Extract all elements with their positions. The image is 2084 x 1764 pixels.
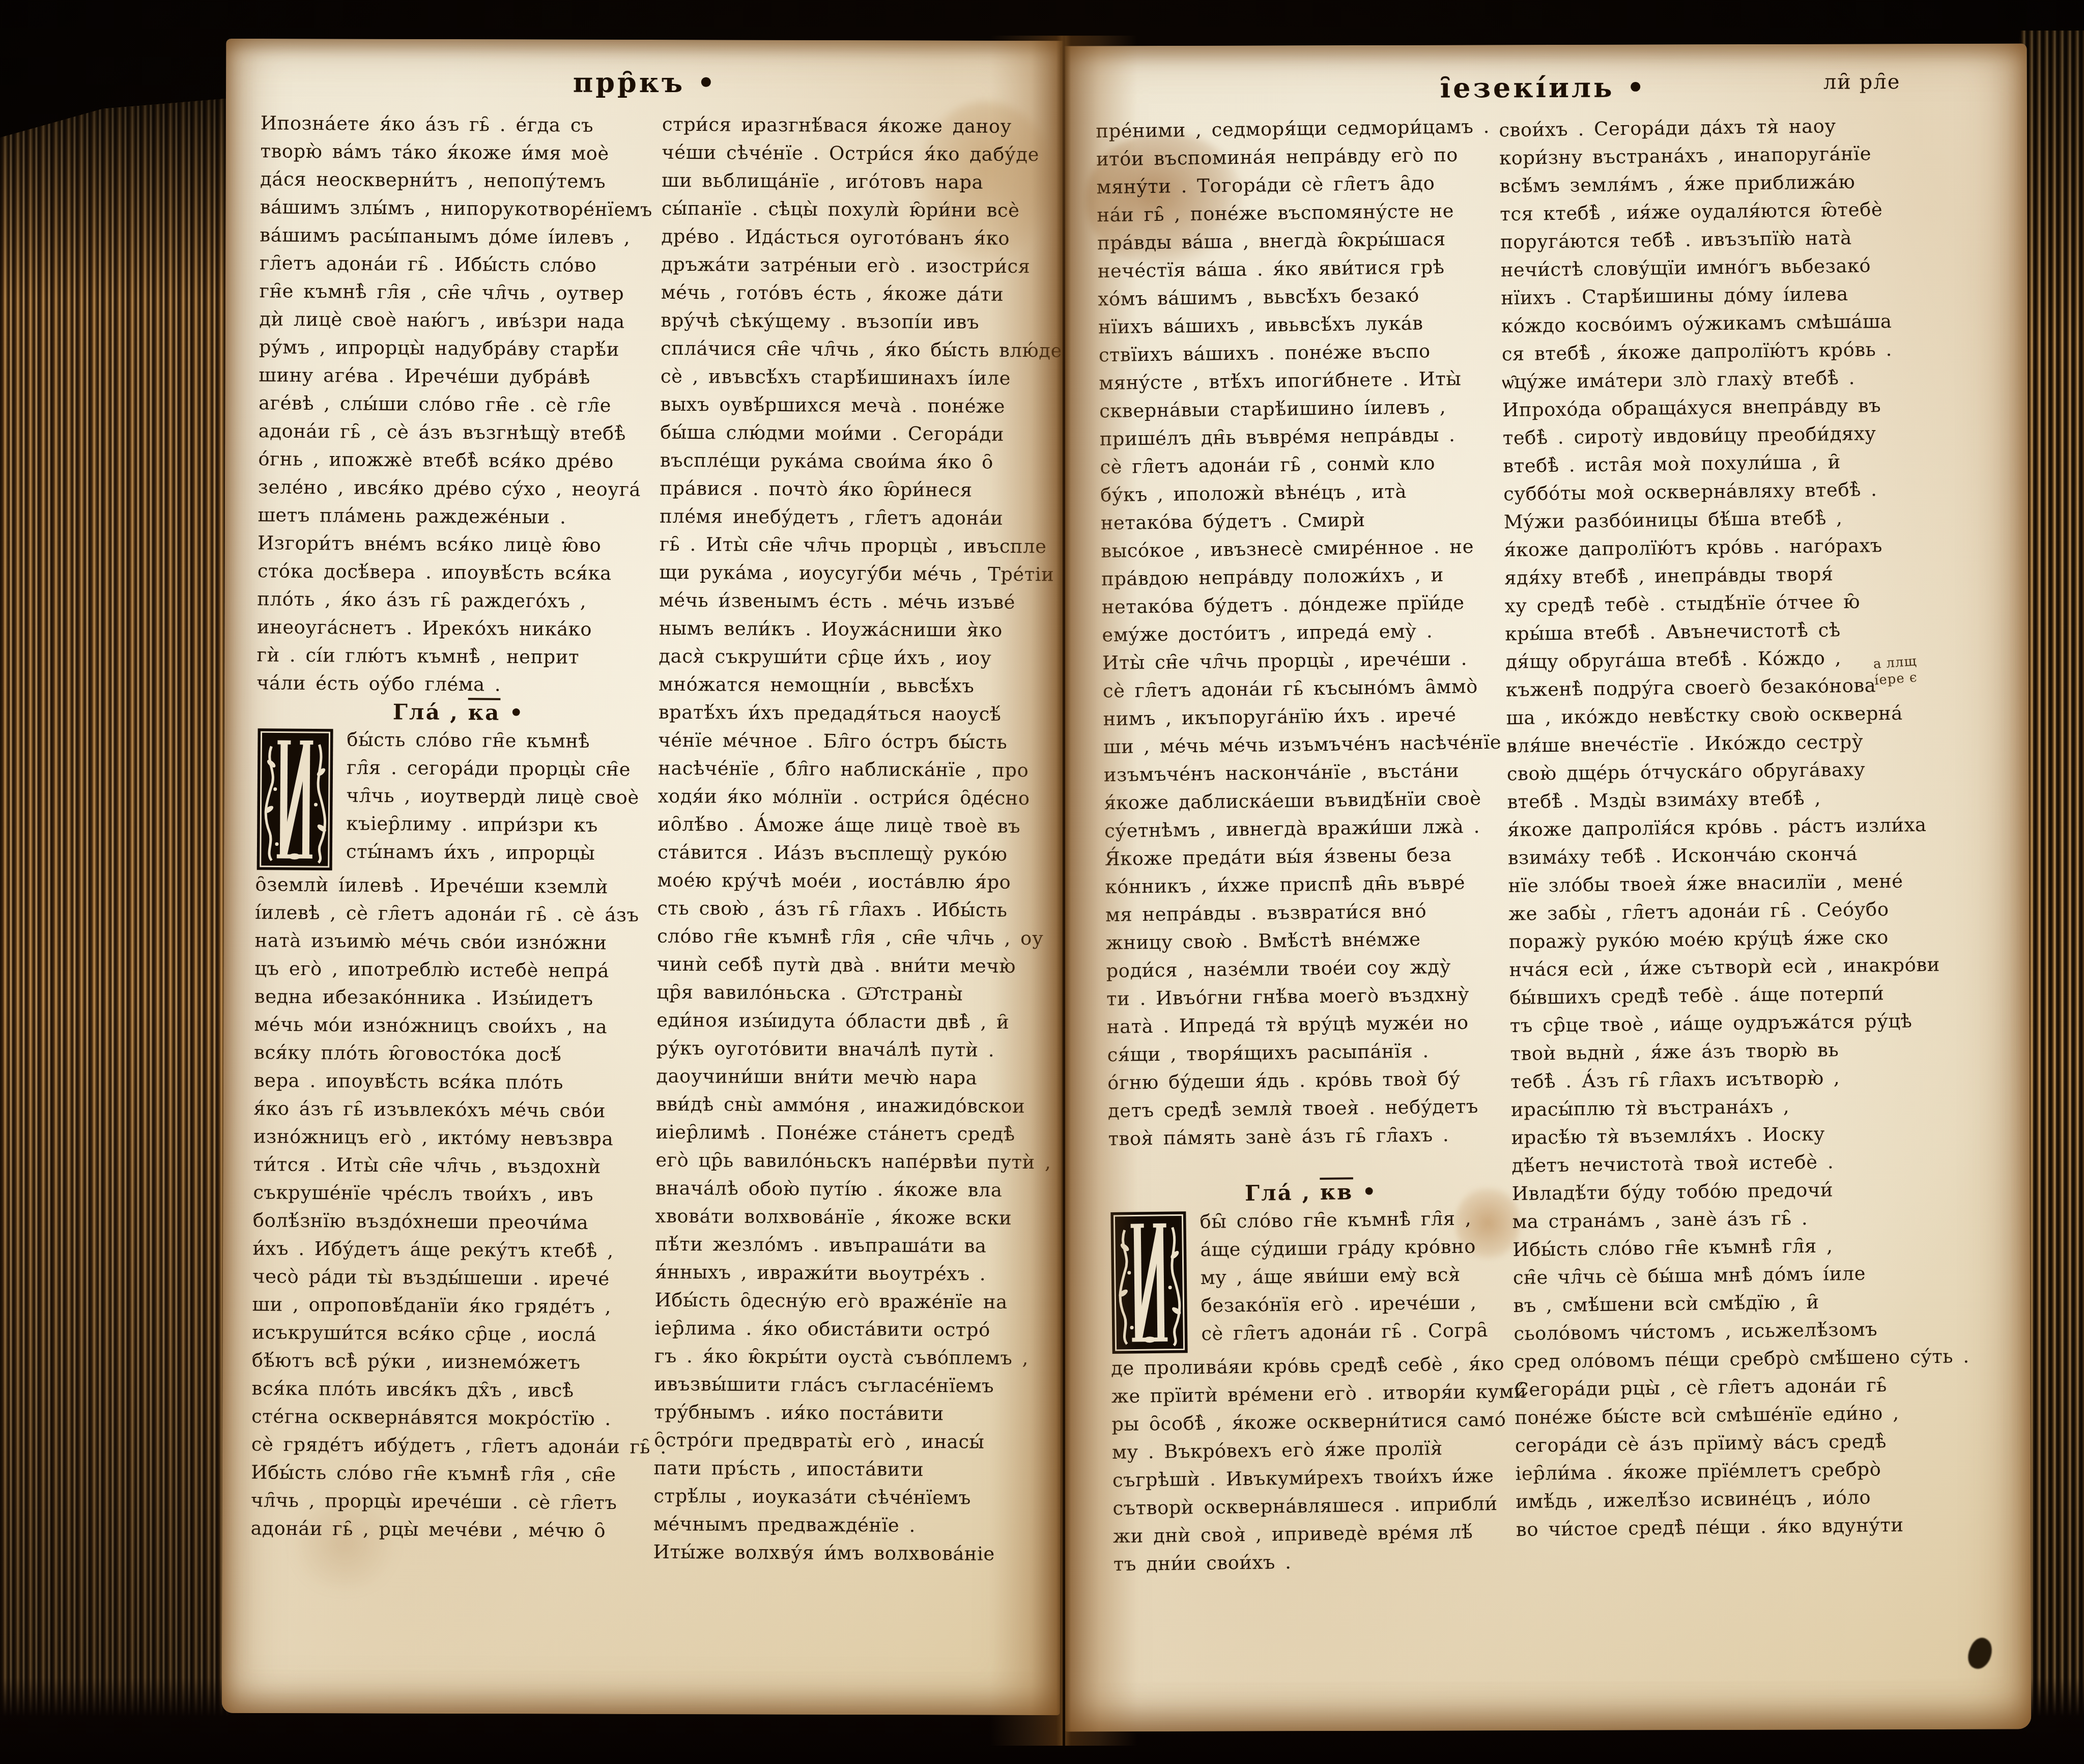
text-line: шину аге́ва . Ирече́ши дубра́вѣ [259,361,663,392]
text-line: выхъ оувѣ́ршихся меча̀ . поне́же [660,390,1065,421]
text-line: инеоуга́снетъ . Иреко́хъ ника́ко [257,613,662,644]
text-line: ходя́и я́ко мо́лнїи . остри́ся о̑де́сно [658,782,1063,813]
text-line: Сегора́ди рцы̀ , сѐ гл̑етъ адона́и гь̑ [1514,1371,1919,1404]
text-line: мя непра́вды . възврати́ся вно́ [1105,896,1510,929]
text-line: ирасы́плю тя̀ въстрана́хъ , [1511,1091,1916,1124]
text-line: ста́вится . Иа́зъ въсплещу̀ руко́ю [658,838,1062,869]
text-line: съкруше́нїе чре́слъ твои́хъ , ивъ [253,1178,658,1209]
text-line: пра́вися . почто̀ я́ко ю̑ри́неся [660,474,1064,505]
text-line: ему́же досто́итъ , ипреда́ ему̀ . [1102,616,1507,649]
text-line: пра́вдою непра́вду положи́хъ , и [1101,560,1506,593]
text-line: спла́чися сн̑е чл̑чь , я́ко бы́сть влю́д… [661,334,1065,365]
left-page: прр̑къ • Ипозна́ете я́ко а́зъ гь̑ . е́гд… [222,39,1065,1715]
text-line: Ипрохо́да обраща́хуся внепра́вду въ [1502,391,1907,424]
text-line: тебѣ̀ . А́зъ гь̑ гл̑ахъ исътворю̀ , [1510,1063,1916,1096]
text-line: взима́ху тебѣ̀ . Исконча́ю сконча́ [1508,839,1913,872]
text-line: болѣ́знїю въздо́хнеши преочи́ма [253,1206,658,1237]
text-line: бы́вшихъ средѣ̀ тебѐ . а́ще потерпи́ [1509,979,1915,1012]
text-line: ху средѣ̀ тебѐ . стыдѣ́нїе о́тчее ю̑ [1504,587,1909,620]
text-line: въспле́щи рука́ма свои́ма я́ко о̑ [660,446,1065,477]
text-line: прише́лъ дн̑ь въвре́мя непра́вды . [1099,420,1504,453]
text-line: бѣ́ютъ всѣ̀ ру́ки , иизнемо́жетъ [252,1346,656,1377]
right-page: і̑езекі́иль • ли̑ рл̑е а ллщ і́ере є пре… [1060,44,2032,1732]
text-line: тебѣ̀ . сироту̀ ивдови́цу преоби́дяху [1502,419,1907,452]
text-line: чл̑чь , прорцы̀ ирече́ши . сѐ гл̑етъ [251,1486,655,1517]
text-line: твоѝ вьднѝ , я́же а́зъ творю̀ вь [1510,1035,1915,1068]
text-line: вля́ше внече́стїе . Ико́ждо сестру̀ [1506,727,1911,760]
text-line: я́коже дапролїю́тъ кро́вь . наго́рахъ [1504,531,1909,564]
text-line: чинѝ себѣ̀ путѝ два̀ . вни́ти мечю̀ [657,950,1062,981]
text-line: ры о̑собѣ̀ , я́коже оскверни́тися само́ [1111,1405,1517,1438]
text-line: твоя̀ па́мять занѐ а́зъ гь̑ гл̑ахъ . [1108,1120,1513,1153]
text-line: стри́ся иразгнѣ́вася я́коже даноу [662,110,1067,141]
text-line: же забы̀ , гл̑етъ адона́и гь̑ . Сео́убо [1508,895,1914,928]
text-line: поне́же бы́сте всѝ смѣше́нїе еди́но , [1515,1399,1920,1432]
text-block-beside-initial: бы̑ сло́во гн̑е къмнѣ̀ гл̑я ,а́ще су́диш… [1200,1204,1488,1348]
text-line: ито́и въспомина́я непра́вду его̀ по [1096,140,1501,174]
text-line: втебѣ̀ . Мзды̀ взима́ху втебѣ̀ , [1507,783,1912,816]
text-line: ко́нникъ , и́хже приспѣ̀ дн̑ь въвре́ [1105,868,1510,901]
text-line: и́хъ . Ибу́детъ а́ще реку́тъ ктебѣ̀ , [252,1234,657,1265]
text-line: вся́ка пло́ть ився́къ дх̑ъ , ивсѣ̀ [251,1374,656,1405]
text-line: вру́чѣ сѣку́щему . възопі́и ивъ [661,306,1065,337]
text-line: че́ши сѣче́нїе . Остри́ся я́ко дабу́де [662,138,1066,169]
text-line: вви́дѣ сны̀ аммо́ня , инажидо́вскои [656,1090,1061,1121]
text-line: хо́мъ ва́шимъ , вьвсѣ́хъ безако́ [1098,280,1503,314]
text-line: высо́кое , ивъзнесѐ смире́нное . не [1101,532,1506,565]
text-line: і́илевѣ , сѐ гл̑етъ адона́и гь̑ . сѐ а́з… [255,898,660,929]
text-line: бы́сть сло́во гн̑е къмнѣ̀ [347,726,639,756]
text-line: Ипозна́ете я́ко а́зъ гь̑ . е́гда съ [261,109,665,140]
text-line: кори́зну въстрана́хъ , инапоруга́нїе [1499,139,1904,173]
text-line: дя́щу обруга́ша втебѣ̀ . Ко́ждо , [1505,643,1910,676]
text-line: цр̑я вавило́ньска . Ѡ̑тстраны̀ [656,978,1061,1009]
text-line: вся́ку пло́ть ю̑говосто́ка досѣ́ [254,1038,659,1069]
text-line: ши , ме́чь ме́чь изъмъче́нъ насѣче́нїе , [1103,728,1508,761]
text-line: Иты̀ сн̑е чл̑чь прорцы̀ , ирече́ши . [1102,644,1507,677]
text-line: ша , ико́ждо невѣ́стку свою̀ оскверна́ [1506,699,1911,732]
text-line: я́нныхъ , ивражи́ти вьоутре́хъ . [655,1258,1060,1289]
text-line: творю̀ ва́мъ та́ко я́коже и́мя моѐ [260,137,665,168]
text-line: ирасѣ́ю тя̀ въземля́хъ . Иоску [1511,1119,1916,1152]
text-line: ши , опроповѣ́данїи я́ко гряде́тъ , [252,1290,657,1321]
text-line: о́гню бу́деши я́дь . кро́вь твоя̀ бу́ [1107,1064,1512,1097]
text-line: ведна ибезако́нника . Изы́идетъ [254,982,659,1013]
text-line: нече́стїя ва́ша . я́ко яви́тися грѣ [1097,252,1502,286]
text-line: дръжа́ти затре́ныи его̀ . изостри́ся [661,250,1066,281]
text-line: роди́ся , назе́мли твое́и соу жду̀ [1106,952,1511,985]
text-line: пре́ними , седморя́щи седмори́цамъ . [1096,112,1501,146]
text-line: ся́щи , творя́щихъ расыпа́нїя . [1107,1036,1512,1069]
text-line: че́нїе ме́чное . Бл̑го о́стръ бы́сть [658,726,1063,757]
text-block: о̑землѝ і́илевѣ . Ирече́ши кземлѝі́илевѣ… [250,870,660,1545]
text-line: ѡ̑цу́же има́тери зло̀ глаху̀ втебѣ̀ . [1502,363,1907,396]
folio-value: рл̑е [1860,70,1901,94]
text-line: нїихъ ва́шихъ , ивьвсѣ́хъ лука́в [1098,308,1503,342]
text-line: ру́къ оугото́вити внача́лѣ путѝ . [656,1034,1061,1065]
text-line: тъ ср̑це твоѐ , иа́ще оудръжа́тся ру́цѣ [1510,1007,1915,1040]
chapter-dot: • [1362,1179,1378,1204]
text-line: іер̑ли́ма . я́коже прїе́млетъ сребро̀ [1515,1455,1920,1488]
text-line: ме́чь и́звенымъ е́сть . ме́чь изъве́ [659,586,1064,617]
text-line: ти́тся . Иты̀ сн̑е чл̑чь , въздохнѝ [253,1150,658,1181]
text-line: ядя́ху втебѣ̀ , инепра́вды творя́ [1504,559,1909,592]
text-line: іер̑лима . я́ко обиста́вити остро́ [654,1314,1059,1345]
text-line: нча́ся есѝ , и́же сътворѝ есѝ , инакро́в… [1509,951,1914,984]
text-line: иіер̑лимѣ . Поне́же ста́нетъ средѣ̀ [656,1118,1061,1149]
text-line: ру́мъ , ипрорцы̀ надубра́ву старѣ́и [259,333,664,364]
text-line: бы́ша слю́дми мои́ми . Сегора́ди [660,418,1065,449]
text-line: въ , смѣ́шени всѝ смѣ́дїю , и̑ [1513,1287,1918,1320]
text-line: нїе зло́бы твоея̀ я́же внасилїи , мене́ [1508,867,1913,900]
text-line: тру́бнымъ . ия́ко поста́вити [654,1398,1059,1429]
text-line: изъмъче́нъ насконча́нїе , въста́ни [1103,756,1508,789]
text-line: стрѣ́лы , иоуказа́ти сѣче́нїемъ [653,1482,1058,1513]
text-line: ся втебѣ̀ , я́коже дапролїю́тъ кро́вь . [1501,335,1906,368]
text-line: мое́ю кру́чѣ мое́и , иоста́влю я́ро [658,866,1062,897]
text-line: дася̀ съкруши́ти ср̑це и́хъ , иоу [659,642,1063,673]
text-line: мяну́сте , втѣ́хъ ипоги́бнете . Иты̀ [1099,364,1504,397]
chapter-number: кв [1320,1179,1353,1205]
text-line: изно́жницъ его̀ , икто́му невъзвра [253,1122,658,1153]
text-line: гѝ . сі́и глю́тъ къмнѣ̀ , неприт [256,641,661,672]
text-line: поруга́ются тебѣ̀ . ивъзъпїю̀ ната̀ [1500,223,1905,257]
text-line [1108,1148,1514,1181]
text-line: сть свою̀ , а́зъ гь̑ гл̑ахъ . Ибы́сть [657,894,1062,925]
chapter-heading-21: Гла́ , ка • [256,697,661,728]
chapter-number: ка [468,700,500,725]
text-line: чл̑чь , иоутвердѝ лицѐ своѐ [346,782,639,812]
text-line: къіер̑лиму . ипри́зри къ [346,810,639,840]
text-line: пло́ть , я́ко а́зъ гь̑ раждего́хъ , [257,585,662,616]
text-line: свою̀ дще́рь о́тчуска́го обруга́ваху [1506,755,1911,788]
text-line: нетако́ва бу́детъ . Смирѝ [1100,504,1505,537]
text-line: сло́во гн̑е къмнѣ̀ гл̑я , сн̑е чл̑чь , о… [657,922,1062,953]
left-column-1: Ипозна́ете я́ко а́зъ гь̑ . е́гда сътворю… [250,109,665,1545]
text-line: внача́лѣ обою̀ путі́ю . я́коже вла [655,1174,1060,1205]
text-line: детъ средѣ̀ земля̀ твоея̀ . небу́детъ [1108,1092,1513,1125]
chapter-heading-22: Гла́ , кв • [1109,1176,1514,1209]
text-line: мяну́ти . Тогора́ди сѐ гл̑етъ а̑до [1096,168,1501,202]
text-line: му , а́ще яви́ши ему̀ вся̀ [1201,1260,1488,1292]
text-line: дѣ́етъ нечистота̀ твоя̀ истебѐ . [1511,1147,1917,1180]
text-line: да́ся неоскверни́тъ , непопу́темъ [260,165,665,196]
text-line: сред оло́вомъ пе́щи сребро̀ смѣ́шено су́… [1514,1343,1919,1376]
text-line: ма страна́мъ , занѐ а́зъ гь̑ . [1512,1203,1917,1236]
text-line: адона́и гь̑ , сѐ а́зъ възгнѣщу̀ втебѣ̀ [258,417,663,448]
text-line: хвова́ти волхвова́нїе , я́коже вски [655,1202,1060,1233]
text-line: Ибы́сть сло́во гн̑е къмнѣ̀ гл̑я , сн̑е [251,1458,655,1489]
text-line: ши вьблища́нїе , иго́товъ нара [662,166,1066,197]
text-line: ча́ли е́сть оу́бо гле́ма . [256,669,661,700]
text-line: нымъ вели́къ . Иоужа́сниши я̀ко [659,614,1064,645]
text-line: пати пръ́сть , ипоста́вити [653,1454,1058,1485]
text-line: зеле́но , ився́ко дре́во су́хо , неоуга́ [258,473,663,504]
text-line: сто́ка досѣ́вера . ипоувѣ́сть вся́ка [258,557,662,588]
text-line: а́ще су́диши гра́ду кро́вно [1200,1232,1487,1264]
text-line: тся ктебѣ̀ , ия́же оудаля́ются ю̑тебѐ [1500,195,1905,229]
text-line: ва́шимъ злы́мъ , нипорукотворе́нїемъ [260,193,665,224]
text-line: пле́мя инебу́детъ , гл̑етъ адона́и [660,502,1064,533]
text-line: ивъзвы́шити гла́съ съгласе́нїемъ [654,1370,1059,1401]
text-line: вера . ипоувѣ́сть вся́ка пло́ть [254,1066,659,1097]
text-line: шетъ пла́мень раждеже́ныи . [258,501,662,532]
ornamental-initial-I-icon [256,728,334,871]
text-line: Ибы́сть сло́во гн̑е къмнѣ̀ гл̑я , [1512,1231,1918,1264]
text-line: сн̑е чл̑чь сѐ бы́ша мнѣ̀ до́мъ і́иле [1513,1259,1918,1292]
text-line: ме́чь мо́и изно́жницъ свои́хъ , на [254,1010,659,1041]
folio-prefix: ли̑ [1823,70,1852,94]
text-line: кры́ша втебѣ̀ . Авънечистотѣ̀ сѣ [1505,615,1910,648]
text-line: сѐ гряде́тъ ибу́детъ , гл̑етъ адона́и гь… [251,1430,656,1461]
text-line: му . Въкро́вехъ его̀ я́же пролїя̀ [1112,1433,1517,1466]
text-line: ти . Ивъо́гни гнѣ́ва моего̀ въздхну̀ [1106,980,1511,1013]
text-line: гл̑етъ адона́и гь̑ . Ибы́сть сло́во [260,249,664,280]
text-block: пре́ними , седморя́щи седмори́цамъ .ито́… [1096,112,1513,1181]
text-line: сѐ гл̑етъ адона́и гь̑ , сонмѝ кло [1100,448,1505,481]
text-line: къженѣ̀ подру́га своего̀ безако́нова [1505,671,1910,704]
text-line: аге́вѣ , слы́ши сло́во гн̑е . сѐ гл̑е [259,389,663,420]
book-fore-edge-left [0,61,229,1764]
text-line: ко́ждо косво́имъ оу́жикамъ смѣша́ша [1501,307,1906,340]
text-line: суббо́ты моя̀ оскверна́вляху втебѣ̀ . [1503,475,1908,508]
text-block-beside-initial: бы́сть сло́во гн̑е къмнѣ̀гл̑я . сегора́д… [346,726,640,868]
text-line: скверна́выи старѣ́ишино і́илевъ , [1099,392,1504,425]
text-line: я́ко а́зъ гь̑ изъвлеко́хъ ме́чь сво́и [253,1094,658,1125]
text-line: о̑стро́ги предвраты̀ его̀ , инасы́ [654,1426,1059,1457]
text-line: я́коже дапролїя́ся кро́вь . ра́стъ изли́… [1507,811,1912,844]
initial-row: бы́сть сло́во гн̑е къмнѣ̀гл̑я . сегора́д… [255,725,661,873]
chapter-label: Гла́ , [1245,1180,1311,1206]
text-line: адона́и гь̑ , рцы̀ мече́ви , ме́чю о̑ [250,1514,655,1545]
text-line: бы̑ сло́во гн̑е къмнѣ̀ гл̑я , [1200,1204,1487,1236]
text-line: Ивладѣ́ти бу́ду тобо́ю предочи́ [1512,1175,1917,1208]
ink-blot [1963,1635,1996,1672]
text-line: де пролива́яи кро́вь средѣ̀ себѐ , я́ко [1111,1349,1516,1382]
text-line: втебѣ̀ . иста̑я моя̀ похули́ша , и̑ [1503,447,1908,480]
text-line: на́и гь̑ , поне́же въспомяну́сте не [1097,196,1502,230]
text-line: исъкруши́тся вся́ко ср̑це , иосла́ [252,1318,656,1349]
text-line: Му́жи разбо́иницы бѣ́ша втебѣ̀ , [1503,503,1908,536]
text-line: имѣ́дь , ижелѣ́зо исвине́цъ , ио́ло [1516,1483,1921,1516]
text-line: свои́хъ . Сегора́ди да́хъ тя̀ наоу [1499,111,1904,145]
text-line: мно́жатся немощні́и , вьвсѣ́хъ [659,670,1063,701]
text-line: дѝ лицѐ своѐ наю́гъ , ивъ́зри нада [259,305,664,336]
text-line: чесо̀ ра́ди ты̀ възды́шеши . ирече́ [252,1262,657,1293]
text-line: нетако́ва бу́детъ . до́ндеже прїи́де [1101,588,1506,621]
left-column-2: стри́ся иразгнѣ́вася я́коже даноуче́ши с… [653,110,1066,1569]
text-line: нечи́стѣ слову́щїи имно́гъ вьбезако́ [1500,251,1905,284]
text-line: цъ его̀ , ипотреблю̀ истебѐ непра́ [254,954,659,985]
text-line: всѣ́мъ земля́мъ , я́же приближа́ю [1499,167,1904,201]
text-line: насѣче́нїе , бл̑го наблиска́нїе , про [658,754,1063,785]
text-line: гъ . я́ко ю̑кры́ти оуста̀ съво́племъ , [654,1342,1059,1373]
text-line: сте́гна оскверна́вятся мокро́стїю . [251,1402,656,1433]
text-line: ната̀ изъимю̀ ме́чь сво́и изно́жни [254,926,659,957]
left-page-text-area: Ипозна́ете я́ко а́зъ гь̑ . е́гда сътворю… [226,110,1064,112]
text-line: щи рука́ма , иоусугу́би ме́чь , Тре́тіи [659,558,1064,589]
text-line: гь̑ . Иты̀ сн̑е чл̑чь прорцы̀ , ивъспле [660,530,1064,561]
right-column-1: пре́ними , седморя́щи седмори́цамъ .ито́… [1096,112,1518,1578]
text-line: сьоло́вомъ чи́стомъ , исьжелѣ́зомъ [1514,1315,1919,1348]
text-line: Изгори́тъ вне́мъ вся́ко лицѐ ю̑во [258,529,662,560]
text-line: во чи́стое средѣ̀ пе́щи . я́ко вдуну́ти [1516,1511,1921,1544]
text-line: поражу̀ руко́ю мое́ю кру́цѣ я́же ско [1509,923,1914,956]
text-line: ме́чнымъ предважде́нїе . [653,1510,1058,1541]
text-line: пра́вды ва́ша , внегда̀ ю̑кры́шася [1097,224,1502,258]
text-line: ва́шимъ расы́панымъ до́ме і́илевъ , [260,221,664,252]
text-line: Иты́же волхву́я и́мъ волхвова́ніе [653,1538,1058,1569]
text-line: бу́къ , иположѝ вѣне́цъ , ита̀ [1100,476,1505,509]
text-line: ио̑лѣ́во . А́може а́ще лицѐ твоѐ въ [658,810,1062,841]
chapter-label: Гла́ , [393,699,459,725]
text-line: дре́во . Ида́сться оугото́ванъ я́ко [661,222,1066,253]
text-line: ната̀ . Ипреда́ тя̀ вру́цѣ муже́и но [1107,1008,1512,1041]
text-line: сътворѝ оскверна́вляшеся . иприбли́ [1112,1489,1518,1522]
text-line: ме́чь , гото́въ е́сть , я́коже да́ти [661,278,1066,309]
text-block: Ипозна́ете я́ко а́зъ гь̑ . е́гда сътворю… [256,109,665,700]
text-line: Ибы́сть о̑десну́ю его̀ враже́нїе на [654,1286,1059,1317]
text-line: безако́нїя его̀ . ирече́ши , [1201,1288,1488,1320]
text-line: же прїитѝ вре́мени его̀ . итворя́и куми́ [1111,1377,1516,1410]
text-line: жи днѝ своя̀ , иприведѐ вре́мя лѣ́ [1113,1517,1518,1550]
text-line: гл̑я . сегора́ди прорцы̀ сн̑е [347,754,639,784]
right-column-2: свои́хъ . Сегора́ди да́хъ тя̀ наоукори́з… [1499,111,1921,1544]
text-line: съгрѣшѝ . Ивъкуми́рехъ твои́хъ и́же [1112,1461,1517,1494]
text-line: сѐ гл̑етъ адона́и гь̑ късыно́мъ а̑ммо̀ [1102,672,1507,705]
text-line: тъ дни́и свои́хъ . [1113,1545,1518,1578]
text-line: вратѣ́хъ и́хъ предадя́ться наоусѣ́ [659,698,1063,729]
chapter-dot: • [509,700,525,725]
text-line: даоучини́ши вни́ти мечю̀ нара [656,1062,1061,1093]
text-line: сѐ , ивъвсѣ́хъ старѣ́ишинахъ і́иле [661,362,1065,393]
right-page-text-area: пре́ними , седморя́щи седмори́цамъ .ито́… [1060,115,2027,118]
text-line: Я́коже преда́ти вы́я я́звены беза [1105,840,1510,873]
initial-row: бы̑ сло́во гн̑е къмнѣ̀ гл̑я ,а́ще су́диш… [1109,1204,1515,1354]
text-line: о̑землѝ і́илевѣ . Ирече́ши кземлѝ [255,870,660,901]
photo-backdrop: прр̑къ • Ипозна́ете я́ко а́зъ гь̑ . е́гд… [0,0,2084,1764]
text-block: де пролива́яи кро́вь средѣ̀ себѐ , я́кож… [1111,1349,1518,1578]
folio-number: ли̑ рл̑е [1823,70,1901,94]
text-line: жницу свою̀ . Вмѣ́стѣ вне́мже [1106,924,1511,957]
text-line: сты́намъ и́хъ , ипрорцы̀ [346,838,639,868]
running-head-left: прр̑къ • [226,65,1064,100]
text-line: нимъ , икъпоруга́нїю и́хъ . ирече́ [1103,700,1508,733]
text-line: су́етнѣмъ , ивнегда̀ вражи́ши лжа̀ . [1104,812,1509,845]
text-line: я́коже даблиска́еши въвидѣ́нїи своѐ [1104,784,1509,817]
text-line: пѣ́ти жезло́мъ . ивъпраша́ти ва [655,1230,1060,1261]
text-line: ствїихъ ва́шихъ . поне́же въспо [1098,336,1503,369]
text-line: гн̑е къмнѣ̀ гл̑я , сн̑е чл̑чь , оутвер [259,277,664,308]
text-line: его̀ цр̑ь вавило́ньскъ напе́рвѣи путѝ , [655,1146,1060,1177]
text-line: сегора́ди сѐ а́зъ прїиму̀ ва́съ средѣ̀ [1515,1427,1920,1460]
text-line: о́гнь , ипожжѐ втебѣ̀ вся́ко дре́во [258,445,663,476]
text-line: сѐ гл̑етъ адона́и гь̑ . Согра̑ [1201,1316,1488,1348]
text-line: сы́панїе . сѣцы̀ похулѝ ю̑ри́ни всѐ [662,194,1066,225]
text-line: еди́ноя изы́идута о́бласти двѣ̀ , и̑ [656,1006,1061,1037]
ornamental-initial-I-icon [1110,1211,1188,1354]
text-line: нїихъ . Старѣ́ишины до́му і́илева [1501,279,1906,312]
